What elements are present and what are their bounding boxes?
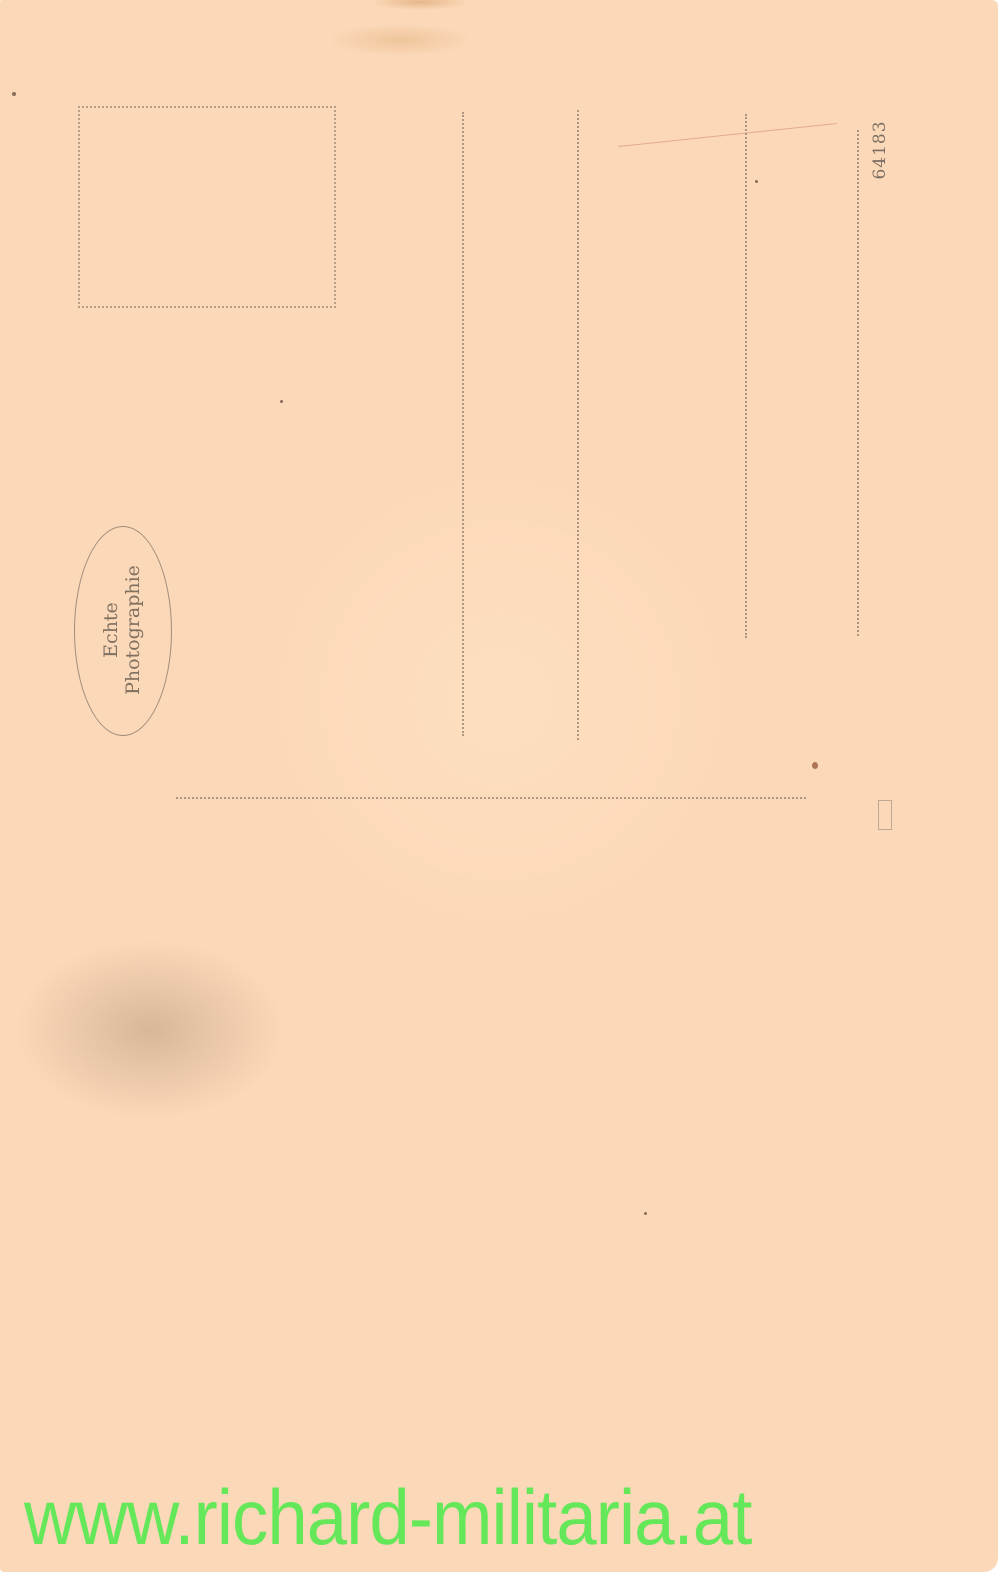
address-line-1 [462,112,464,736]
stamp-placement-box [78,106,336,308]
pen-mark [618,123,837,147]
stamp-text-line1: Echte [100,565,122,695]
speck [12,92,16,96]
divider-line [176,797,806,799]
speck [644,1212,647,1215]
postcard-back: 64183 Echte Photographie [0,0,998,1572]
speck [755,180,758,183]
address-line-2 [577,110,579,740]
address-line-3 [745,114,747,638]
speck [280,400,283,403]
speck [812,762,818,769]
watermark-url: www.richard-militaria.at [24,1478,751,1556]
address-line-4 [857,130,859,636]
stamp-text: Echte Photographie [100,565,144,695]
serial-number: 64183 [870,110,890,190]
publisher-logo-icon [878,800,892,830]
stamp-text-line2: Photographie [122,565,144,695]
